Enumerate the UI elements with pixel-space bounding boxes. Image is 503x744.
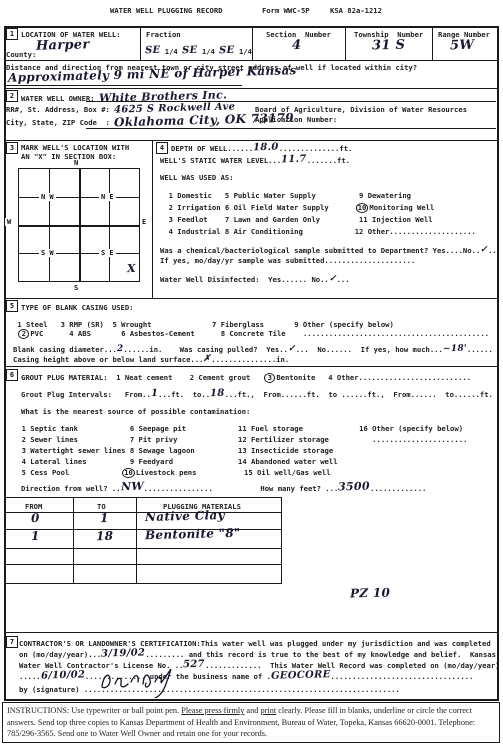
printed-text (13, 329, 17, 338)
section-4-number: 4 (156, 142, 168, 154)
direction-distance-line: Direction from well? ..NW...............… (21, 483, 426, 493)
printed-text: INSTRUCTIONS: Use typewriter or ball poi… (7, 706, 181, 715)
handwritten-entry: 4 (292, 41, 302, 50)
printed-text: 1/4 (198, 47, 220, 56)
printed-text: 4 Lateral lines 9 Feedyard 14 Abandoned … (13, 457, 338, 466)
printed-text: 4 Industrial 8 Air Conditioning 12 Other… (160, 227, 476, 236)
grout-intervals-line: Grout Plug Intervals: From..1...ft. to..… (21, 390, 493, 399)
printed-text: 3 Feedlot 7 Lawn and Garden Only 11 Inje… (160, 215, 433, 224)
divider (4, 366, 497, 367)
table-column-line (73, 498, 74, 583)
section-3-number: 3 (6, 142, 18, 154)
contamination-row2: 2 Sewer lines 7 Pit privy 12 Fertilizer … (13, 435, 467, 444)
city-state-zip-line: City, State, ZIP Code : Oklahoma City, O… (6, 117, 294, 127)
printed-text: ...... (467, 345, 493, 354)
handwritten-entry: 31 S (372, 41, 405, 51)
printed-text: CONTRACTOR'S OR LANDOWNER'S CERTIFICATIO… (19, 639, 491, 648)
section-5-number: 5 (6, 300, 18, 312)
chem-sample-date-line: If yes, mo/day/yr sample was submitted..… (160, 256, 415, 265)
divider (152, 140, 153, 298)
form-title: WATER WELL PLUGGING RECORD (110, 6, 223, 15)
handwritten-entry: Approximately 9 mi NE of Harper Kansas (8, 66, 297, 83)
table-cell: 1 (100, 515, 109, 525)
printed-text: Casing height above or below land surfac… (13, 355, 203, 364)
table-cell: Bentonite "8" (145, 531, 240, 541)
underlined-text: print (261, 706, 277, 715)
printed-text: ... No...... If yes, how much... (296, 345, 443, 354)
chem-sample-question: Was a chemical/bacteriological sample su… (160, 246, 497, 256)
printed-text: 1/4 (160, 47, 182, 56)
handwritten-entry: Harper (36, 40, 90, 50)
printed-text: 1/4 (235, 47, 252, 56)
printed-text: 2 Sewer lines 7 Pit privy 12 Fertilizer … (13, 435, 467, 444)
divider (4, 632, 497, 633)
divider (345, 26, 346, 60)
circled-option-number: 2 (18, 329, 29, 339)
printed-text: ................ How many feet? ... (144, 484, 339, 493)
handwritten-entry: ✓ (288, 345, 296, 354)
printed-text: ......... and this record is true to the… (145, 650, 496, 659)
static-water-level-line: WELL'S STATIC WATER LEVEL...11.7.......f… (160, 156, 350, 165)
printed-text: ...............in. (211, 355, 289, 364)
printed-text: Water Well Disinfected: Yes...... No.. (160, 275, 329, 284)
table-row-line (5, 564, 281, 565)
circled-option-number: 3 (264, 373, 275, 383)
printed-text: ......in. Was casing pulled? Yes.. (123, 345, 287, 354)
printed-text: 2 Irrigation 6 Oil Field Water Supply (160, 203, 355, 212)
grout-material-line: GROUT PLUG MATERIAL: 1 Neat cement 2 Cem… (21, 373, 471, 383)
handwritten-entry: SE (145, 46, 161, 55)
section-2-number: 2 (6, 90, 18, 102)
compass-ne-label: N E (99, 193, 116, 201)
printed-text: GROUT PLUG MATERIAL: 1 Neat cement 2 Cem… (21, 373, 263, 382)
table-cell: 18 (96, 533, 113, 543)
handwritten-entry: 1 (151, 389, 158, 398)
printed-text: ..............ft. (279, 144, 353, 153)
printed-text: ................................. (331, 672, 474, 681)
handwritten-entry: 18.0 (253, 143, 279, 153)
instructions-text: INSTRUCTIONS: Use typewriter or ball poi… (7, 705, 495, 740)
divider (432, 26, 433, 60)
printed-text: Direction from well? .. (21, 484, 121, 493)
compass-e-label: E (140, 218, 148, 226)
printed-text: Blank casing diameter... (13, 345, 117, 354)
handwritten-entry: PZ 10 (350, 588, 390, 598)
section-5-title: TYPE OF BLANK CASING USED: (21, 303, 134, 312)
printed-text: RR#, St. Address, Box #: (6, 105, 114, 114)
printed-text: ............. This Water Well Record was… (205, 661, 499, 670)
used-as-options-row4: 4 Industrial 8 Air Conditioning 12 Other… (160, 227, 476, 236)
distance-answer: Approximately 9 mi NE of Harper Kansas (8, 71, 297, 81)
handwritten-entry: Native Clay (145, 511, 225, 522)
handwritten-entry: ✓ (480, 246, 488, 255)
printed-text: City, State, ZIP Code : (6, 118, 114, 127)
printed-text: and (244, 706, 260, 715)
printed-text: Monitoring Well (369, 203, 434, 212)
printed-text: Was a chemical/bacteriological sample su… (160, 246, 480, 255)
county-label: County: (6, 50, 36, 59)
compass-n-label: N (72, 159, 80, 167)
printed-text: WELL'S STATIC WATER LEVEL... (160, 156, 281, 165)
ruled-line (86, 101, 496, 102)
county-value: Harper (36, 42, 90, 52)
instructions-box: INSTRUCTIONS: Use typewriter or ball poi… (2, 702, 500, 743)
handwritten-entry: 11.7 (281, 155, 307, 165)
form-statute: KSA 82a-1212 (330, 6, 382, 15)
fraction-value: SE 1/4 SE 1/4 SE 1/4 (145, 47, 252, 56)
handwritten-entry: Bentonite "8" (145, 529, 241, 540)
grid-line (19, 253, 139, 254)
table-row-line (5, 548, 281, 549)
table-header-to: TO (97, 502, 106, 511)
handwritten-entry: NW (120, 482, 143, 492)
printed-text: PVC 4 ABS 6 Asbestos-Cement 8 Concrete T… (30, 329, 489, 338)
scanned-form-page: { "header": { "title": "WATER WELL PLUGG… (0, 0, 503, 744)
grid-line (19, 197, 139, 198)
printed-text: If yes, mo/day/yr sample was submitted..… (160, 256, 415, 265)
depth-of-well-line: DEPTH OF WELL......18.0..............ft. (171, 144, 352, 153)
printed-text: by (signature) .........................… (19, 685, 400, 694)
casing-options-row2: 2PVC 4 ABS 6 Asbestos-Cement 8 Concrete … (13, 329, 489, 339)
divider (4, 140, 497, 141)
certification-line3: Water Well Contractor's License No. ..52… (19, 661, 499, 670)
printed-text: ..... (19, 672, 41, 681)
form-number: Form WWC-5P (262, 6, 310, 15)
certification-line4: .....6/10/02.............. under the bus… (19, 672, 473, 681)
table-header-from: FROM (25, 502, 42, 511)
circled-option-number: 10 (356, 203, 369, 213)
printed-text: ... (337, 275, 350, 284)
printed-text: 5 Cess Pool (13, 468, 121, 477)
contamination-row4: 4 Lateral lines 9 Feedyard 14 Abandoned … (13, 457, 338, 466)
printed-text: Grout Plug Intervals: From.. (21, 390, 151, 399)
handwritten-entry: 0 (31, 514, 40, 523)
circled-option-number: 10 (122, 468, 135, 478)
divider (252, 26, 253, 60)
section-3-title-line2: AN "X" IN SECTION BOX: (21, 152, 116, 161)
plugging-table: FROM TO PLUGGING MATERIALS 0 1 Native Cl… (4, 497, 282, 584)
section-3-title-line1: MARK WELL'S LOCATION WITH (21, 143, 129, 152)
handwritten-entry: 3500 (338, 482, 370, 492)
contamination-row5: 5 Cess Pool 10Livestock pens 15 Oil well… (13, 468, 331, 478)
handwritten-entry: 18 (96, 532, 114, 541)
divider (140, 26, 141, 60)
handwritten-entry: ✓ (329, 275, 337, 284)
section-number-value: 4 (292, 42, 301, 52)
section-6-number: 6 (6, 369, 18, 381)
handwritten-entry: 5W (450, 41, 474, 51)
contamination-row3: 3 Watertight sewer lines 8 Sewage lagoon… (13, 446, 333, 455)
signature-scribble (98, 666, 188, 698)
printed-text: DEPTH OF WELL...... (171, 144, 253, 153)
casing-options-row1: 1 Steel 3 RMP (SR) 5 Wrought 7 Fiberglas… (13, 320, 394, 329)
used-as-options-row3: 3 Feedlot 7 Lawn and Garden Only 11 Inje… (160, 215, 433, 224)
handwritten-entry: X (127, 264, 136, 273)
printed-text: What is the nearest source of possible c… (21, 407, 250, 416)
printed-text: WELL WAS USED AS: (160, 173, 234, 182)
printed-text: .. (488, 246, 497, 255)
printed-text: ...ft., From......ft. to ......ft., From… (225, 390, 493, 399)
handwritten-entry: ✗ (203, 355, 211, 364)
handwritten-entry: 18 (210, 389, 225, 398)
table-column-line (136, 498, 137, 583)
range-number-value: 5W (450, 42, 474, 52)
divider (4, 298, 497, 299)
ruled-line (86, 128, 496, 129)
handwritten-entry: 1 (100, 514, 109, 523)
casing-diameter-line: Blank casing diameter...2......in. Was c… (13, 345, 493, 355)
handwritten-entry: GEOCORE (271, 670, 331, 681)
divider (4, 60, 497, 61)
table-cell: Native Clay (145, 513, 225, 523)
printed-text: 3 Watertight sewer lines 8 Sewage lagoon… (13, 446, 333, 455)
pz-annotation: PZ 10 (350, 590, 390, 600)
printed-text: ............. (370, 484, 426, 493)
compass-sw-label: S W (39, 249, 56, 257)
fraction-header: Fraction (146, 30, 181, 39)
table-cell: 0 (31, 515, 40, 525)
certification-line2: on (mo/day/year)...3/19/02......... and … (19, 650, 496, 659)
underlined-text: Please press firmly (181, 706, 244, 715)
application-number-label: Application Number: (255, 115, 337, 124)
printed-text: ...ft. to.. (158, 390, 210, 399)
grid-line (19, 225, 139, 227)
printed-text: Bentonite 4 Other.......................… (276, 373, 471, 382)
handwritten-entry: SE (219, 46, 235, 55)
divider (4, 88, 497, 89)
township-number-value: 31 S (372, 42, 405, 52)
table-cell: 1 (31, 533, 40, 543)
compass-nw-label: N W (39, 193, 56, 201)
handwriting-underline (6, 85, 242, 86)
section-1-number: 1 (6, 28, 18, 40)
printed-text: on (mo/day/year)... (19, 650, 101, 659)
printed-text: .......ft. (307, 156, 350, 165)
compass-s-label: S (72, 284, 80, 292)
contamination-row1: 1 Septic tank 6 Seepage pit 11 Fuel stor… (13, 424, 463, 433)
table-row-line (5, 512, 281, 513)
printed-text: 1 Steel 3 RMP (SR) 5 Wrought 7 Fiberglas… (13, 320, 394, 329)
compass-w-label: W (5, 218, 13, 226)
handwritten-entry: SE (182, 46, 198, 55)
handwritten-entry: 1 (31, 532, 40, 541)
well-location-x-mark: X (127, 265, 136, 275)
casing-height-line: Casing height above or below land surfac… (13, 355, 289, 365)
used-as-options-row2: 2 Irrigation 6 Oil Field Water Supply 10… (160, 203, 434, 213)
printed-text: 1 Septic tank 6 Seepage pit 11 Fuel stor… (13, 424, 463, 433)
handwritten-entry: ~18' (443, 345, 467, 355)
certification-line5: by (signature) .........................… (19, 685, 400, 694)
certification-line1: CONTRACTOR'S OR LANDOWNER'S CERTIFICATIO… (19, 639, 491, 648)
section-7-number: 7 (6, 636, 18, 648)
printed-text: Livestock pens 15 Oil well/Gas well (136, 468, 331, 477)
printed-text: 1 Domestic 5 Public Water Supply 9 Dewat… (160, 191, 411, 200)
section-grid: N W N E S W S E X (18, 168, 140, 282)
compass-se-label: S E (99, 249, 116, 257)
well-used-as-header: WELL WAS USED AS: (160, 173, 234, 182)
used-as-options-row1: 1 Domestic 5 Public Water Supply 9 Dewat… (160, 191, 411, 200)
disinfected-line: Water Well Disinfected: Yes...... No..✓.… (160, 275, 350, 285)
contamination-question: What is the nearest source of possible c… (21, 407, 250, 416)
handwritten-entry: 3/19/02 (101, 648, 145, 658)
handwritten-entry: 6/10/02 (41, 670, 85, 680)
handwritten-entry: 2 (117, 345, 124, 354)
